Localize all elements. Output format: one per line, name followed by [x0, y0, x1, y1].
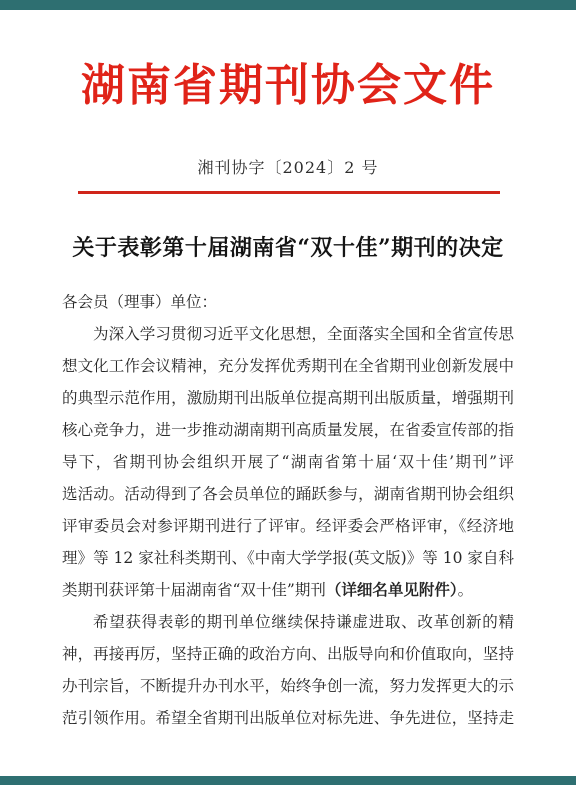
body-line: 选活动。活动得到了各会员单位的踊跃参与，湖南省期刊协会组织	[62, 478, 514, 510]
body-line-with-attachment-note: 类期刊获评第十届湖南省“双十佳”期刊（详细名单见附件）。	[62, 574, 514, 606]
doc-heading: 关于表彰第十届湖南省“双十佳”期刊的决定	[36, 234, 540, 262]
body-line-post: 。	[458, 581, 474, 599]
doc-number: 湘刊协字〔2024〕2 号	[0, 157, 576, 179]
body-line: 的典型示范作用，激励期刊出版单位提高期刊出版质量，增强期刊	[62, 382, 514, 414]
salutation-line: 各会员（理事）单位：	[62, 286, 514, 318]
body-line: 想文化工作会议精神，充分发挥优秀期刊在全省期刊业创新发展中	[62, 350, 514, 382]
document-page: 湖南省期刊协会文件 湘刊协字〔2024〕2 号 关于表彰第十届湖南省“双十佳”期…	[0, 0, 576, 785]
body-line: 核心竞争力，进一步推动湖南期刊高质量发展，在省委宣传部的指	[62, 414, 514, 446]
top-edge-bar	[0, 0, 576, 10]
red-divider	[78, 191, 500, 194]
body-line: 评审委员会对参评期刊进行了评审。经评委会严格评审，《经济地	[62, 510, 514, 542]
body-line-pre: 类期刊获评第十届湖南省“双十佳”期刊	[62, 581, 326, 599]
body-line: 理》等 12 家社科类期刊、《中南大学学报(英文版)》等 10 家自科	[62, 542, 514, 574]
body-line: 为深入学习贯彻习近平文化思想，全面落实全国和全省宣传思	[62, 318, 514, 350]
doc-body: 各会员（理事）单位： 为深入学习贯彻习近平文化思想，全面落实全国和全省宣传思 想…	[62, 286, 514, 734]
body-line: 导下，省期刊协会组织开展了“湖南省第十届‘双十佳’期刊”评	[62, 446, 514, 478]
attachment-note: （详细名单见附件）	[326, 580, 458, 599]
bottom-edge-bar	[0, 776, 576, 785]
body-line: 希望获得表彰的期刊单位继续保持谦虚进取、改革创新的精	[62, 606, 514, 638]
body-line: 范引领作用。希望全省期刊出版单位对标先进、争先进位，坚持走	[62, 702, 514, 734]
body-line: 神，再接再厉，坚持正确的政治方向、出版导向和价值取向，坚持	[62, 638, 514, 670]
body-line: 办刊宗旨，不断提升办刊水平，始终争创一流，努力发挥更大的示	[62, 670, 514, 702]
org-title: 湖南省期刊协会文件	[0, 62, 576, 110]
